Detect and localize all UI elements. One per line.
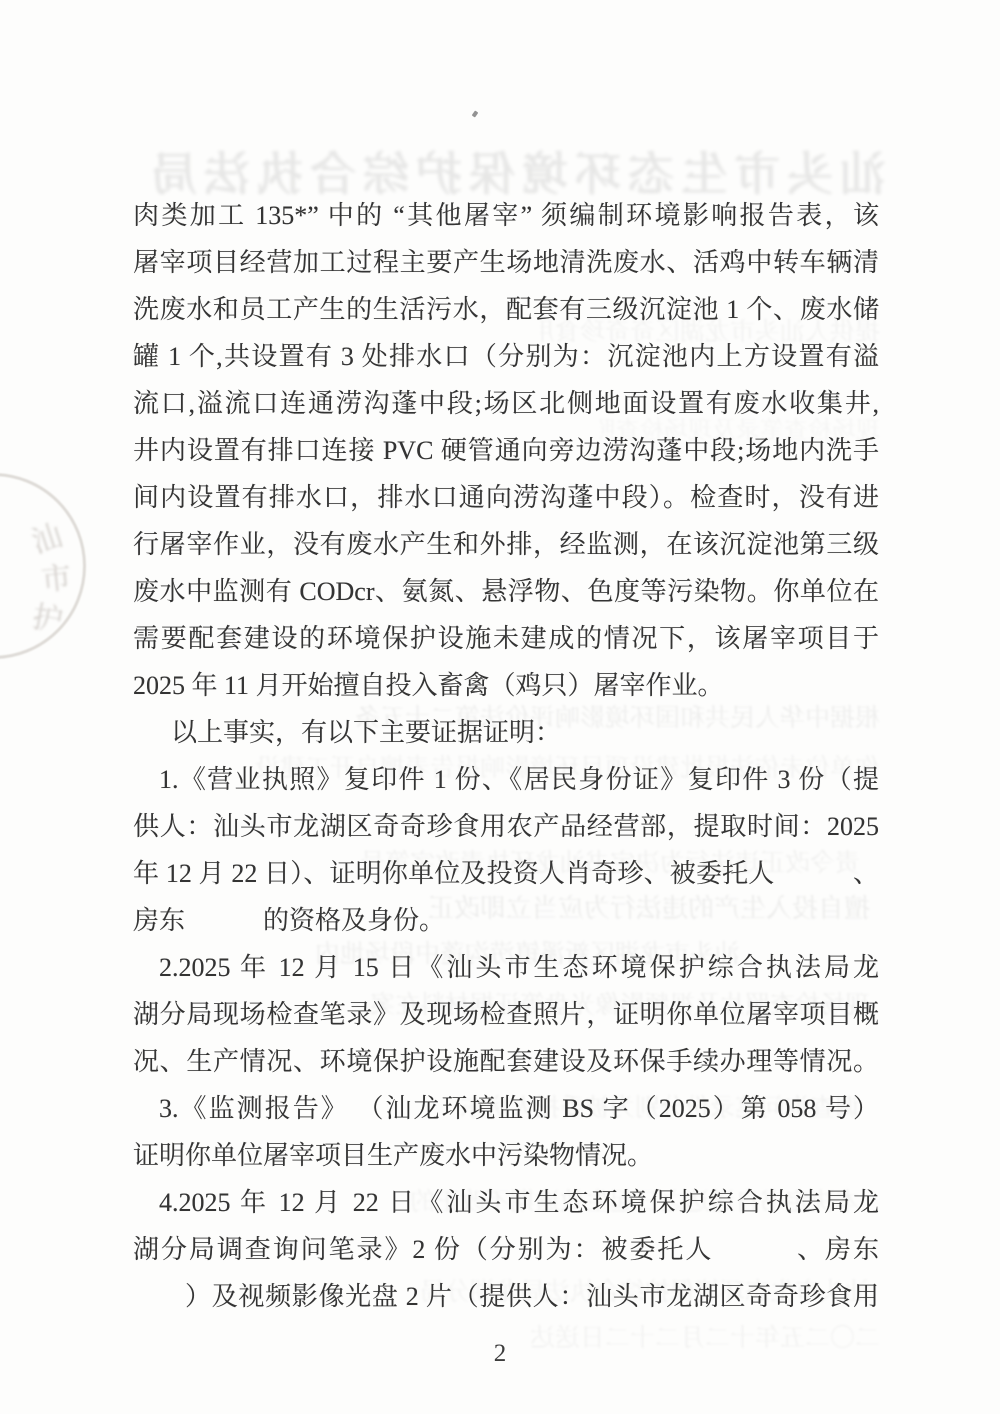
text-line: 况、生产情况、环境保护设施配套建设及环保手续办理等情况。 — [133, 1038, 879, 1085]
seal-character: 市 — [39, 553, 73, 600]
text-line: 肉类加工 135*” 中的 “其他屠宰” 须编制环境影响报告表，该 — [133, 192, 879, 239]
text-line: 以上事实，有以下主要证据证明： — [133, 709, 879, 756]
text-line: 屠宰项目经营加工过程主要产生场地清洗废水、活鸡中转车辆清 — [133, 239, 879, 286]
text-line: 4.2025 年 12 月 22 日《汕头市生态环境保护综合执法局龙 — [133, 1179, 879, 1226]
text-line: 井内设置有排口连接 PVC 硬管通向旁边涝沟蓬中段;场地内洗手 — [133, 427, 879, 474]
faint-seal-stamp: 汕 市 护 — [0, 473, 86, 659]
seal-character: 护 — [29, 592, 66, 641]
text-line: 房东 的资格及身份。 — [133, 897, 879, 944]
text-line: 流口,溢流口连通涝沟蓬中段;场区北侧地面设置有废水收集井, — [133, 380, 879, 427]
text-line: 需要配套建设的环境保护设施未建成的情况下，该屠宰项目于 — [133, 615, 879, 662]
document-body: 肉类加工 135*” 中的 “其他屠宰” 须编制环境影响报告表，该 屠宰项目经营… — [133, 192, 879, 1320]
seal-character: 汕 — [25, 510, 67, 561]
text-line: 湖分局调查询问笔录》2 份（分别为：被委托人 、房东 — [133, 1226, 879, 1273]
text-line: 1.《营业执照》复印件 1 份、《居民身份证》复印件 3 份（提 — [133, 756, 879, 803]
text-line: 供人：汕头市龙湖区奇奇珍食用农产品经营部，提取时间：2025 — [133, 803, 879, 850]
text-line: 年 12 月 22 日）、证明你单位及投资人肖奇珍、被委托人 、 — [133, 850, 879, 897]
text-line: 行屠宰作业，没有废水产生和外排，经监测，在该沉淀池第三级 — [133, 521, 879, 568]
text-line: 湖分局现场检查笔录》及现场检查照片，证明你单位屠宰项目概 — [133, 991, 879, 1038]
text-line: 罐 1 个,共设置有 3 处排水口（分别为：沉淀池内上方设置有溢 — [133, 333, 879, 380]
text-line: 证明你单位屠宰项目生产废水中污染物情况。 — [133, 1132, 879, 1179]
text-line: 间内设置有排水口，排水口通向涝沟蓬中段）。检查时，没有进 — [133, 474, 879, 521]
text-line: 废水中监测有 CODcr、氨氮、悬浮物、色度等污染物。你单位在 — [133, 568, 879, 615]
page-number: 2 — [0, 1340, 1000, 1368]
text-line: ）及视频影像光盘 2 片（提供人：汕头市龙湖区奇奇珍食用 — [133, 1273, 879, 1320]
text-line: 2025 年 11 月开始擅自投入畜禽（鸡只）屠宰作业。 — [133, 662, 879, 709]
scan-speck — [472, 110, 479, 117]
text-line: 2.2025 年 12 月 15 日《汕头市生态环境保护综合执法局龙 — [133, 944, 879, 991]
text-line: 3.《监测报告》 （汕龙环境监测 BS 字（2025）第 058 号） — [133, 1085, 879, 1132]
text-line: 洗废水和员工产生的生活污水，配套有三级沉淀池 1 个、废水储 — [133, 286, 879, 333]
document-page: 汕头市生态环境保护综合执法局 提供人汕头市龙湖区奇奇珍食用农产品经营部提取 现场… — [0, 0, 1000, 1414]
